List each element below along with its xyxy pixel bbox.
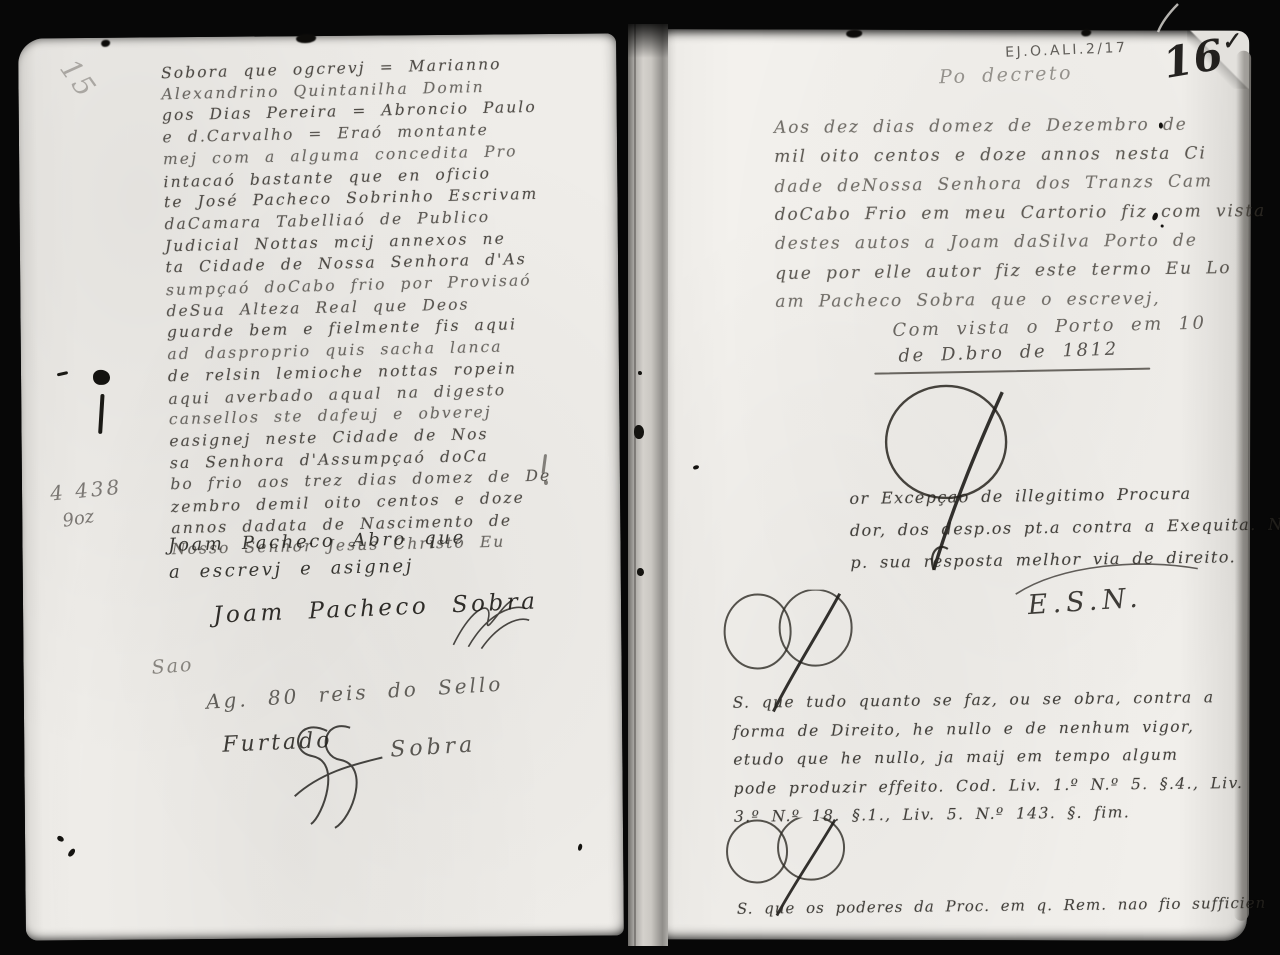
edge-blot bbox=[846, 30, 862, 38]
ink-speck bbox=[67, 848, 77, 858]
right-page: EJ.O.ALI.2/17 16✓ Po decreto Aos dez dia… bbox=[659, 29, 1249, 941]
stray-pen-mark bbox=[1148, 2, 1184, 34]
vista-note-line: de D.bro de 1812 bbox=[898, 339, 1119, 367]
seal-note: Sao bbox=[151, 654, 194, 679]
ink-speck bbox=[693, 464, 700, 470]
ink-blot bbox=[93, 370, 110, 385]
handwritten-line: que por elle autor fiz este termo Eu Lo bbox=[775, 254, 1225, 289]
page-heading: Po decreto bbox=[939, 62, 1074, 88]
margin-note-line: 9oz bbox=[61, 501, 124, 532]
margin-note: 4 438 9oz bbox=[50, 478, 123, 528]
ink-dash bbox=[57, 371, 68, 376]
ink-speck bbox=[577, 843, 583, 851]
closing-lines: Joam Pacheco Abro que a escrevj e asigne… bbox=[168, 524, 467, 586]
margin-dot bbox=[544, 480, 548, 485]
judge-signature-sobra: Sobra bbox=[390, 732, 477, 762]
margin-note-line: 4 438 bbox=[49, 475, 123, 506]
book-gutter bbox=[628, 24, 668, 946]
handwritten-line: S. que os poderes da Proc. em q. Rem. na… bbox=[737, 887, 1217, 924]
signature-monogram-flourish bbox=[282, 715, 393, 831]
handwritten-line: am Pacheco Sobra que o escrevej, bbox=[775, 284, 1225, 317]
left-body-text: Sobora que ogcrevj = MariannoAlexandrino… bbox=[161, 53, 592, 562]
gutter-ink-speck bbox=[638, 371, 642, 375]
ink-speck bbox=[56, 835, 65, 843]
handwritten-line: destes autos a Joam daSilva Porto de bbox=[775, 226, 1225, 259]
sello-fee-line: Ag. 80 reis do Sello bbox=[205, 672, 504, 714]
gutter-ink-speck bbox=[634, 425, 644, 439]
ink-speck bbox=[1161, 225, 1164, 228]
manuscript-scan: 15 4 438 9oz Sobora que ogcrevj = Marian… bbox=[0, 0, 1280, 955]
folio-number-value: 16 bbox=[1160, 29, 1228, 88]
esn-signoff: E.S.N. bbox=[1027, 583, 1144, 622]
handwritten-line: dade deNossa Senhora dos Tranzs Cam bbox=[774, 167, 1224, 202]
vista-note-line: Com vista o Porto em 10 bbox=[892, 313, 1206, 341]
ink-speck bbox=[1159, 123, 1163, 129]
nullity-argument: S. que tudo quanto se faz, ou se obra, c… bbox=[732, 683, 1214, 831]
handwritten-line: pode produzir effeito. Cod. Liv. 1.º N.º… bbox=[733, 769, 1213, 803]
underline-rule bbox=[874, 368, 1150, 375]
edge-blot bbox=[296, 34, 316, 43]
powers-argument: S. que os poderes da Proc. em q. Rem. na… bbox=[737, 887, 1217, 924]
edge-blot bbox=[101, 40, 110, 47]
ink-stroke-mark bbox=[98, 394, 104, 434]
left-page: 15 4 438 9oz Sobora que ogcrevj = Marian… bbox=[18, 33, 624, 940]
archive-reference-stamp: EJ.O.ALI.2/17 bbox=[1005, 40, 1128, 61]
gutter-ink-speck bbox=[637, 568, 644, 576]
handwritten-line: Aos dez dias domez de Dezembro de bbox=[774, 110, 1224, 143]
handwritten-line: mil oito centos e doze annos nesta Ci bbox=[774, 139, 1224, 172]
edge-blot bbox=[1081, 29, 1091, 36]
signature-rubric-flourish bbox=[443, 594, 534, 655]
folio-pencil-mark: 15 bbox=[53, 53, 103, 104]
